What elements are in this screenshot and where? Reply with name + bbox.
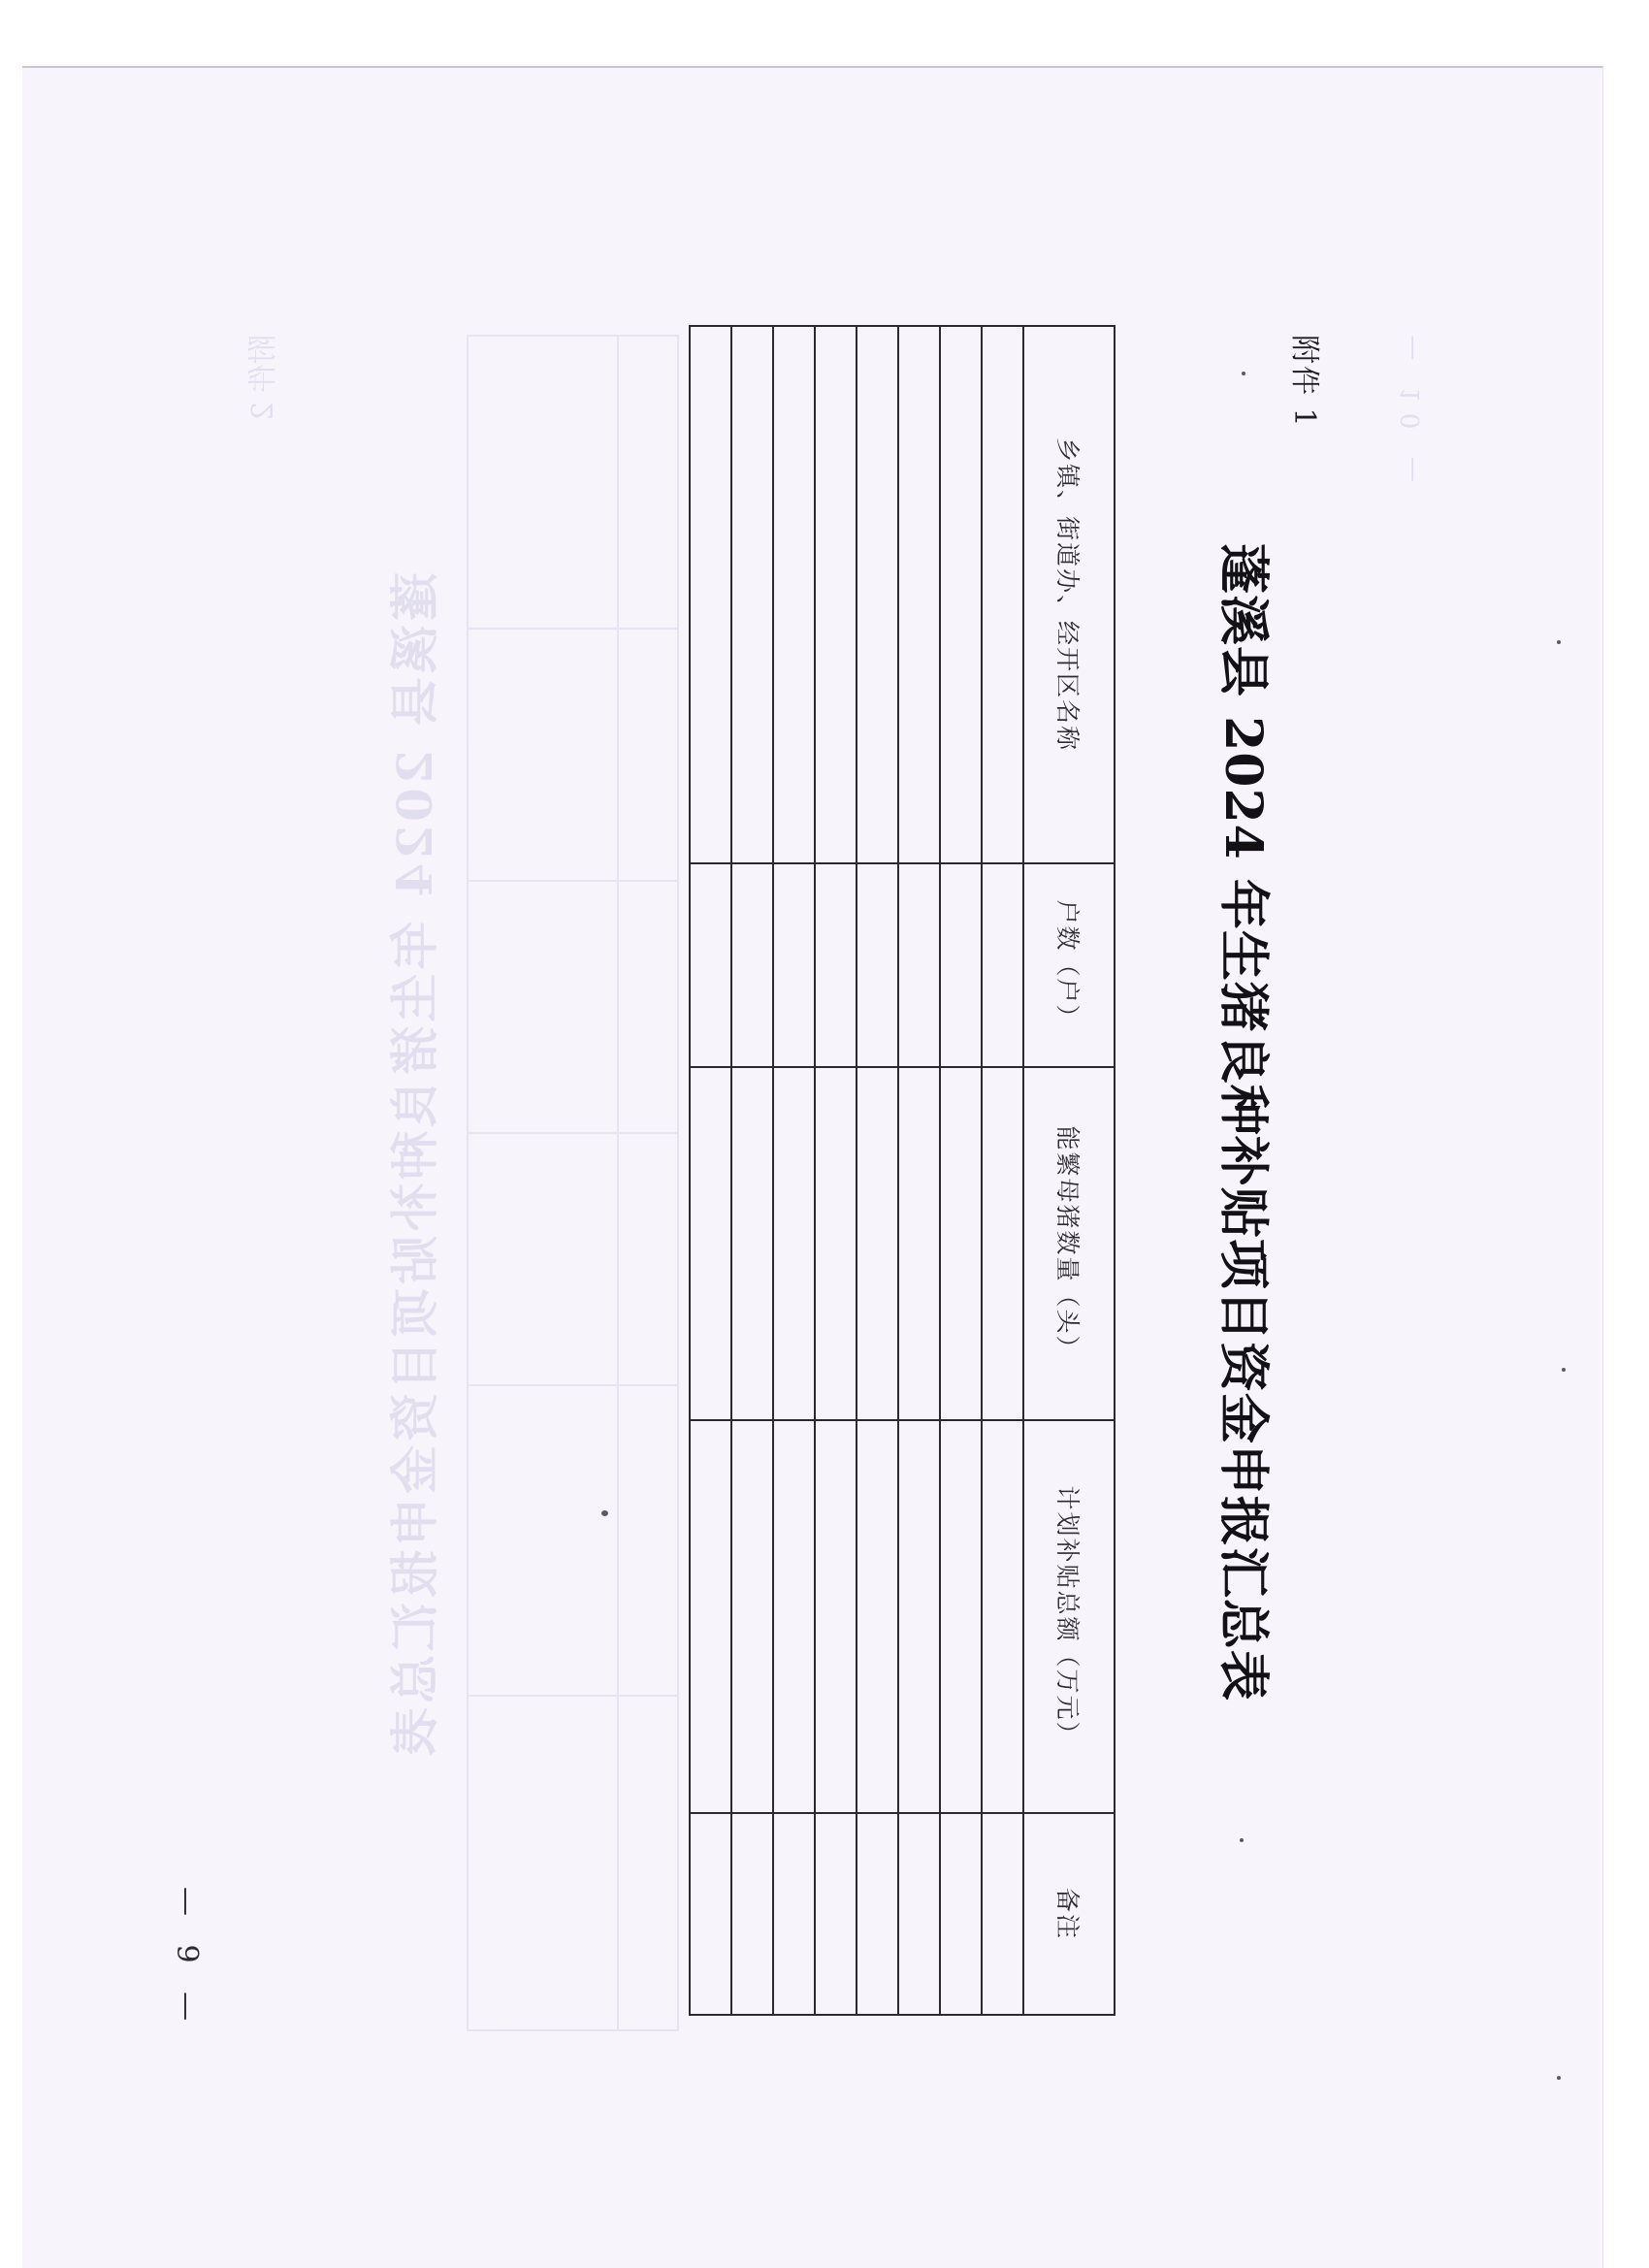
- scan-speck: [1557, 2076, 1561, 2080]
- table-cell[interactable]: [857, 1813, 898, 2015]
- table-cell[interactable]: [857, 326, 898, 863]
- table-cell[interactable]: [690, 1067, 731, 1420]
- column-header-township: 乡镇、街道办、经开区名称: [1023, 326, 1115, 863]
- table-cell[interactable]: [690, 1813, 731, 2015]
- table-cell[interactable]: [898, 1420, 940, 1813]
- table-row: [898, 326, 940, 2015]
- scan-speck: [1242, 372, 1245, 375]
- table-cell[interactable]: [940, 1813, 982, 2015]
- table-cell[interactable]: [898, 863, 940, 1067]
- column-header-remarks: 备注: [1023, 1813, 1115, 2015]
- show-through-attachment-label: 附件 2: [239, 335, 281, 421]
- table-cell[interactable]: [898, 1067, 940, 1420]
- table-cell[interactable]: [773, 863, 815, 1067]
- scan-speck: [1240, 1838, 1244, 1842]
- table-cell[interactable]: [898, 1813, 940, 2015]
- table-cell[interactable]: [731, 1067, 773, 1420]
- column-header-breeding-sows: 能繁母猪数量（头）: [1023, 1067, 1115, 1420]
- table-cell[interactable]: [940, 1067, 982, 1420]
- table-row: [982, 326, 1023, 2015]
- table-cell[interactable]: [982, 1067, 1023, 1420]
- table-cell[interactable]: [773, 326, 815, 863]
- subsidy-summary-table: 乡镇、街道办、经开区名称 户数（户） 能繁母猪数量（头） 计划补贴总额（万元） …: [689, 325, 1115, 2016]
- table-row: [773, 326, 815, 2015]
- table-cell[interactable]: [982, 1813, 1023, 2015]
- table-cell[interactable]: [857, 863, 898, 1067]
- table-cell[interactable]: [773, 1813, 815, 2015]
- table-cell[interactable]: [690, 1420, 731, 1813]
- table-cell[interactable]: [898, 326, 940, 863]
- table-row: [690, 326, 731, 2015]
- document-page: 附件 2 — 10 — 蓬溪县 2024 年生猪良种补贴项目资金申报汇总表附件 …: [0, 0, 1649, 2268]
- table-cell[interactable]: [773, 1067, 815, 1420]
- scan-speck: [1562, 1368, 1566, 1372]
- table-cell[interactable]: [815, 1813, 857, 2015]
- scan-speck: [1557, 640, 1561, 644]
- table-cell[interactable]: [731, 326, 773, 863]
- table-cell[interactable]: [773, 1420, 815, 1813]
- table-cell[interactable]: [690, 863, 731, 1067]
- table-cell[interactable]: [857, 1420, 898, 1813]
- table-cell[interactable]: [731, 863, 773, 1067]
- table-cell[interactable]: [982, 1420, 1023, 1813]
- document-title: 蓬溪县 2024 年生猪良种补贴项目资金申报汇总表: [1212, 543, 1284, 1824]
- scan-speck: [601, 1510, 608, 1516]
- table-cell[interactable]: [815, 1420, 857, 1813]
- table-cell[interactable]: [940, 326, 982, 863]
- table-row: [857, 326, 898, 2015]
- show-through-table-grid: [467, 335, 679, 2031]
- table-cell[interactable]: [982, 863, 1023, 1067]
- table-cell[interactable]: [940, 863, 982, 1067]
- table-cell[interactable]: [940, 1420, 982, 1813]
- table-cell[interactable]: [815, 326, 857, 863]
- table-cell[interactable]: [731, 1420, 773, 1813]
- table-cell[interactable]: [815, 863, 857, 1067]
- table-header-row: 乡镇、街道办、经开区名称 户数（户） 能繁母猪数量（头） 计划补贴总额（万元） …: [1023, 326, 1115, 2015]
- table-cell[interactable]: [731, 1813, 773, 2015]
- table-cell[interactable]: [815, 1067, 857, 1420]
- table-cell[interactable]: [982, 326, 1023, 863]
- show-through-title: 蓬溪县 2024 年生猪良种补贴项目资金申报汇总表: [376, 572, 446, 1760]
- table-cell[interactable]: [857, 1067, 898, 1420]
- table-row: [815, 326, 857, 2015]
- show-through-page-number: — 10 —: [1397, 335, 1426, 492]
- table-row: [940, 326, 982, 2015]
- page-number: — 9 —: [170, 1887, 204, 2030]
- table-row: [731, 326, 773, 2015]
- column-header-planned-subsidy: 计划补贴总额（万元）: [1023, 1420, 1115, 1813]
- column-header-households: 户数（户）: [1023, 863, 1115, 1067]
- attachment-label: 附件 1: [1286, 335, 1329, 429]
- table-cell[interactable]: [690, 326, 731, 863]
